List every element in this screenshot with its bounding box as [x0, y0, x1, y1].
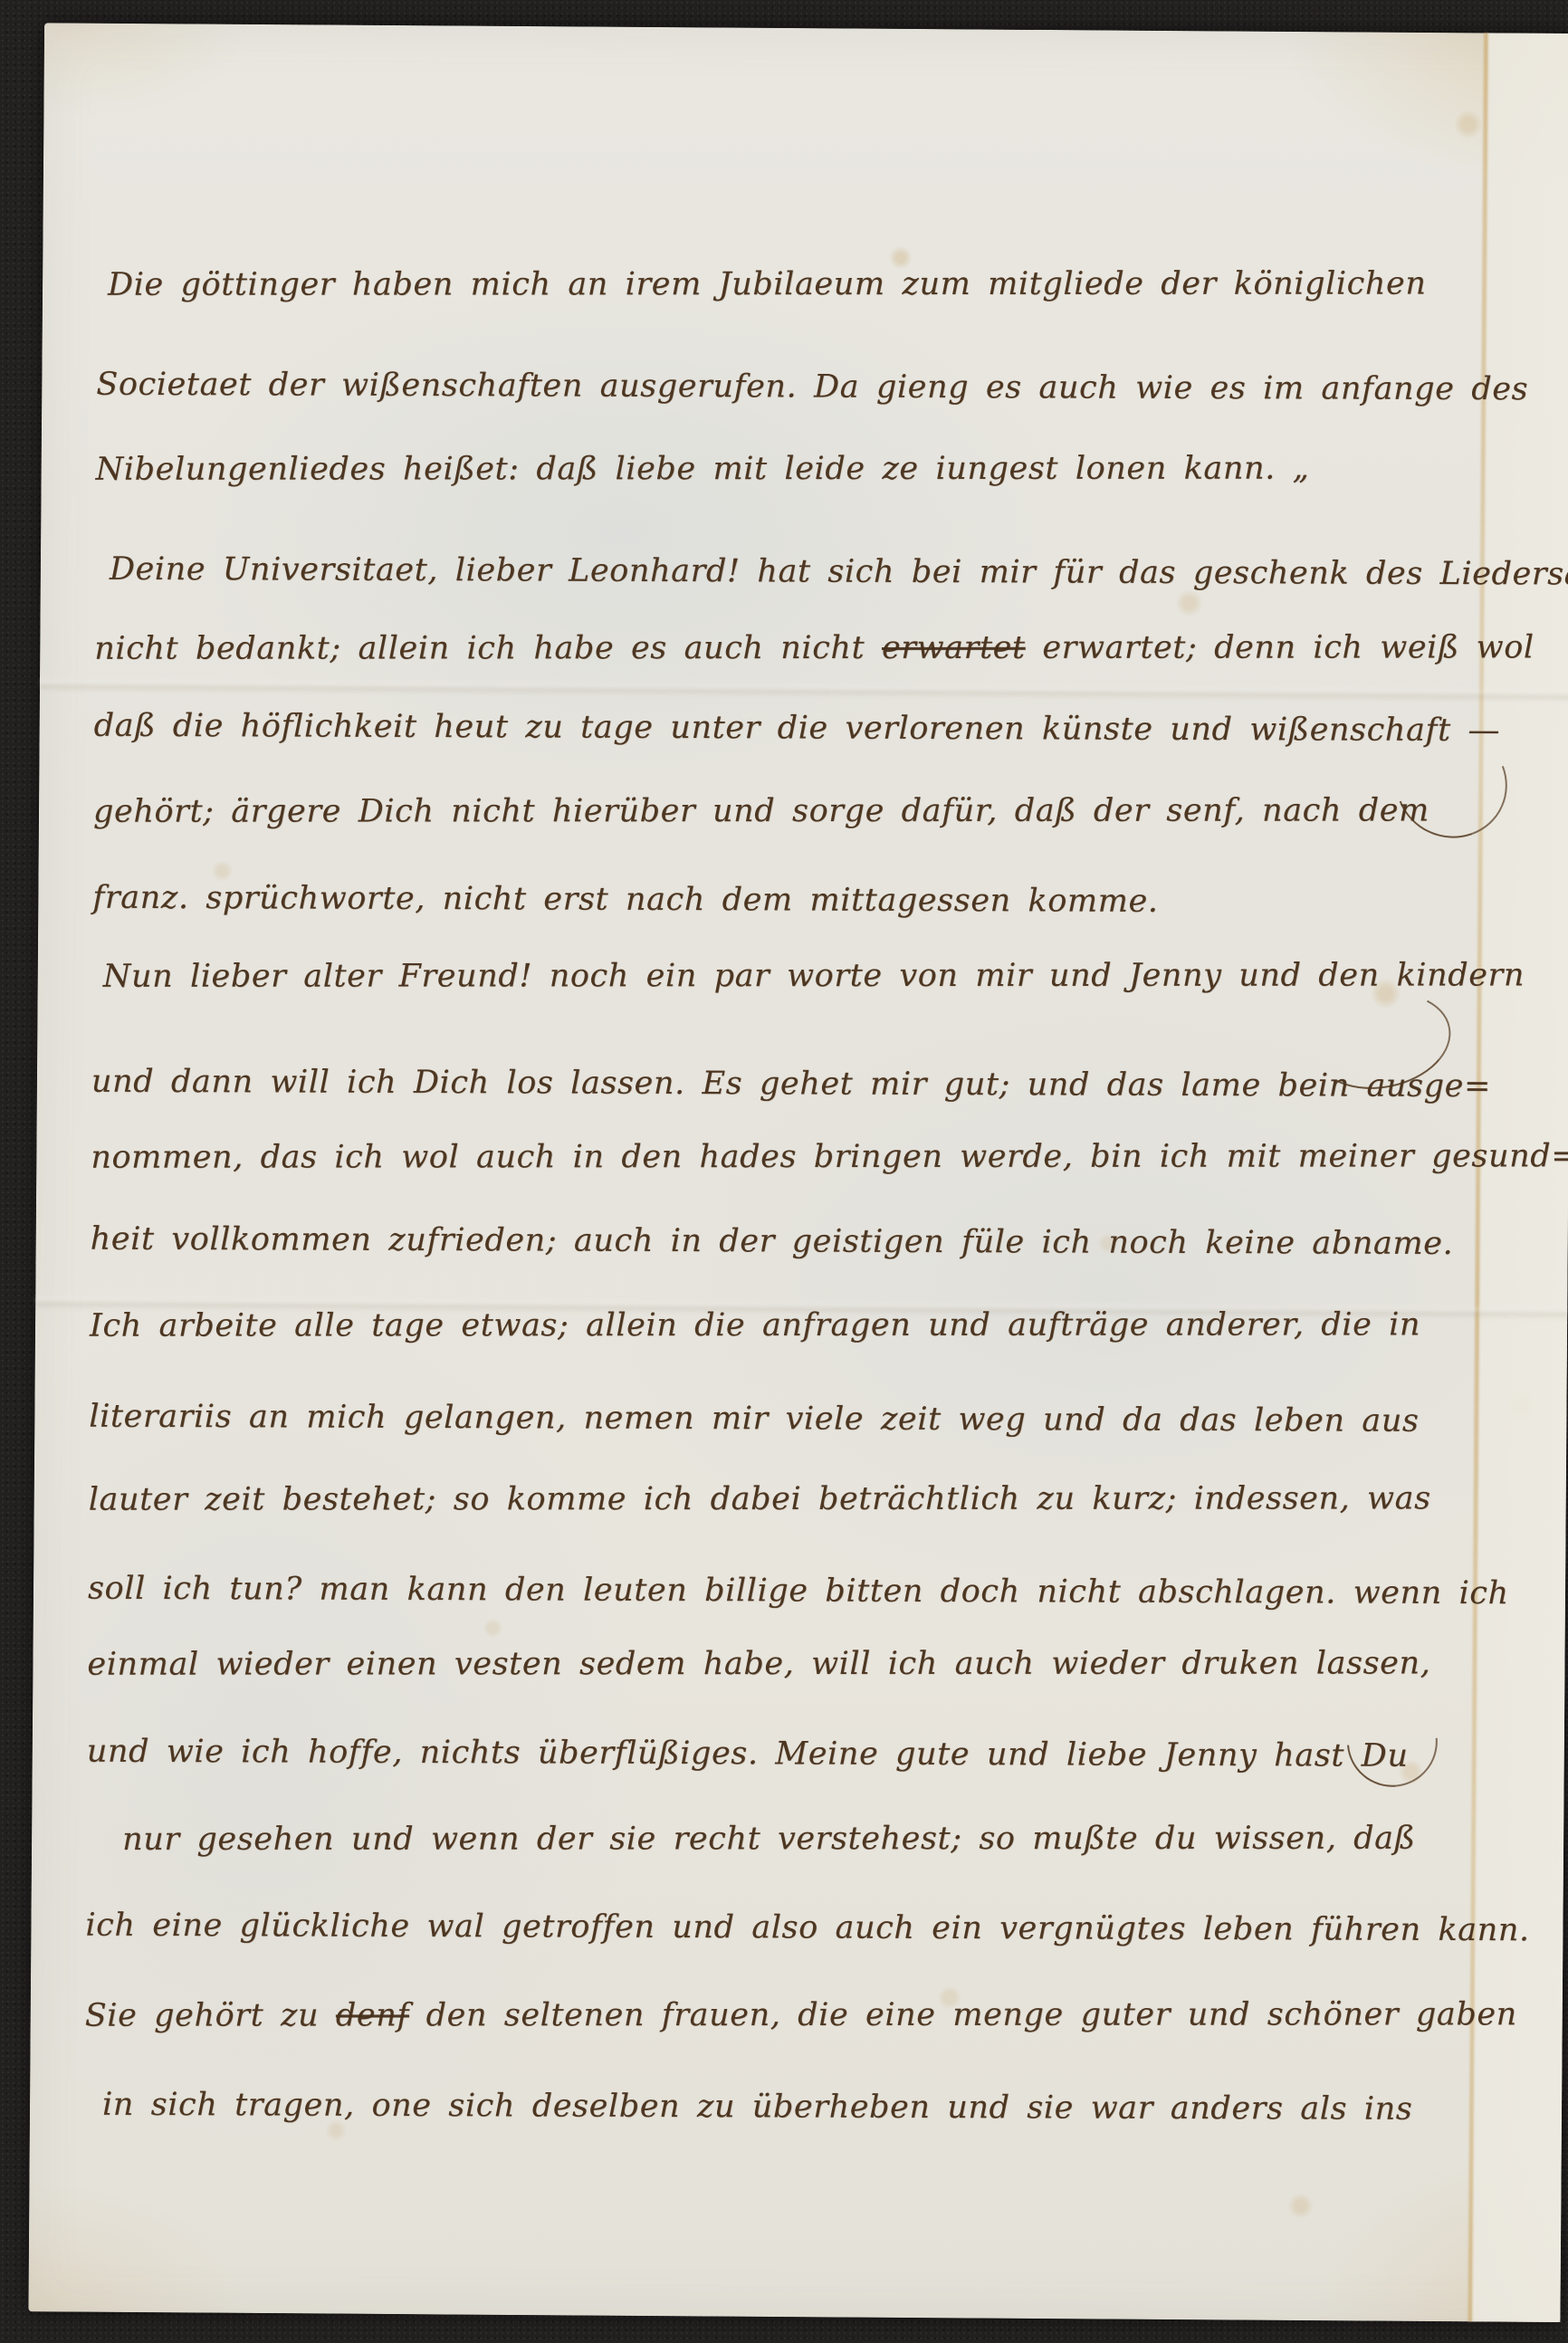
letter-line: in sich tragen, one sich deselben zu übe… [102, 2086, 1412, 2130]
letter-line: literariis an mich gelangen, nemen mir v… [89, 1398, 1419, 1442]
letter-line: einmal wieder einen vesten sedem habe, w… [87, 1644, 1430, 1685]
letter-line: nommen, das ich wol auch in den hades br… [91, 1137, 1568, 1178]
letter-line: und wie ich hoffe, nichts überflüßiges. … [87, 1733, 1409, 1777]
letter-line: soll ich tun? man kann den leuten billig… [88, 1570, 1509, 1614]
crossed-out-word: denf [336, 1997, 409, 2033]
letter-line: nicht bedankt; allein ich habe es auch n… [94, 628, 1534, 669]
letter-line: Societaet der wißenschaften ausgerufen. … [96, 366, 1528, 410]
letter-line: Die göttinger haben mich an irem Jubilae… [108, 265, 1426, 306]
line-segment: erwartet; denn ich weiß wol [1026, 629, 1535, 665]
scan-background: { "document": { "kind": "handwritten let… [0, 0, 1568, 2343]
letter-line: gehört; ärgere Dich nicht hierüber und s… [93, 791, 1429, 832]
letter-line: Deine Universitaet, lieber Leonhard! hat… [110, 550, 1568, 596]
letter-line: ich eine glückliche wal getroffen und al… [85, 1907, 1529, 1951]
letter-line: lauter zeit bestehet; so komme ich dabei… [89, 1479, 1431, 1520]
letter-line: nur gesehen und wenn der sie recht verst… [122, 1820, 1416, 1860]
line-segment: nicht bedankt; allein ich habe es auch n… [94, 630, 882, 667]
line-segment: Sie gehört zu [85, 1997, 336, 2033]
letter-line: Ich arbeite alle tage etwas; allein die … [90, 1305, 1420, 1346]
letter-line: Nun lieber alter Freund! noch ein par wo… [103, 956, 1525, 997]
letter-line: heit vollkommen zufrieden; auch in der g… [91, 1220, 1454, 1265]
letter-line: und dann will ich Dich los lassen. Es ge… [91, 1063, 1491, 1107]
letter-line: Nibelungenliedes heißet: daß liebe mit l… [96, 450, 1310, 491]
letter-line: Sie gehört zu denf den seltenen frauen, … [85, 1995, 1517, 2036]
crossed-out-word: erwartet [882, 630, 1026, 666]
line-segment: den seltenen frauen, die eine menge gute… [409, 1996, 1517, 2033]
letter-text: Die göttinger haben mich an irem Jubilae… [28, 23, 1568, 2322]
letter-line: franz. sprüchworte, nicht erst nach dem … [92, 879, 1158, 923]
letter-line: daß die höflichkeit heut zu tage unter d… [94, 707, 1501, 751]
letter-page: Die göttinger haben mich an irem Jubilae… [28, 23, 1568, 2322]
